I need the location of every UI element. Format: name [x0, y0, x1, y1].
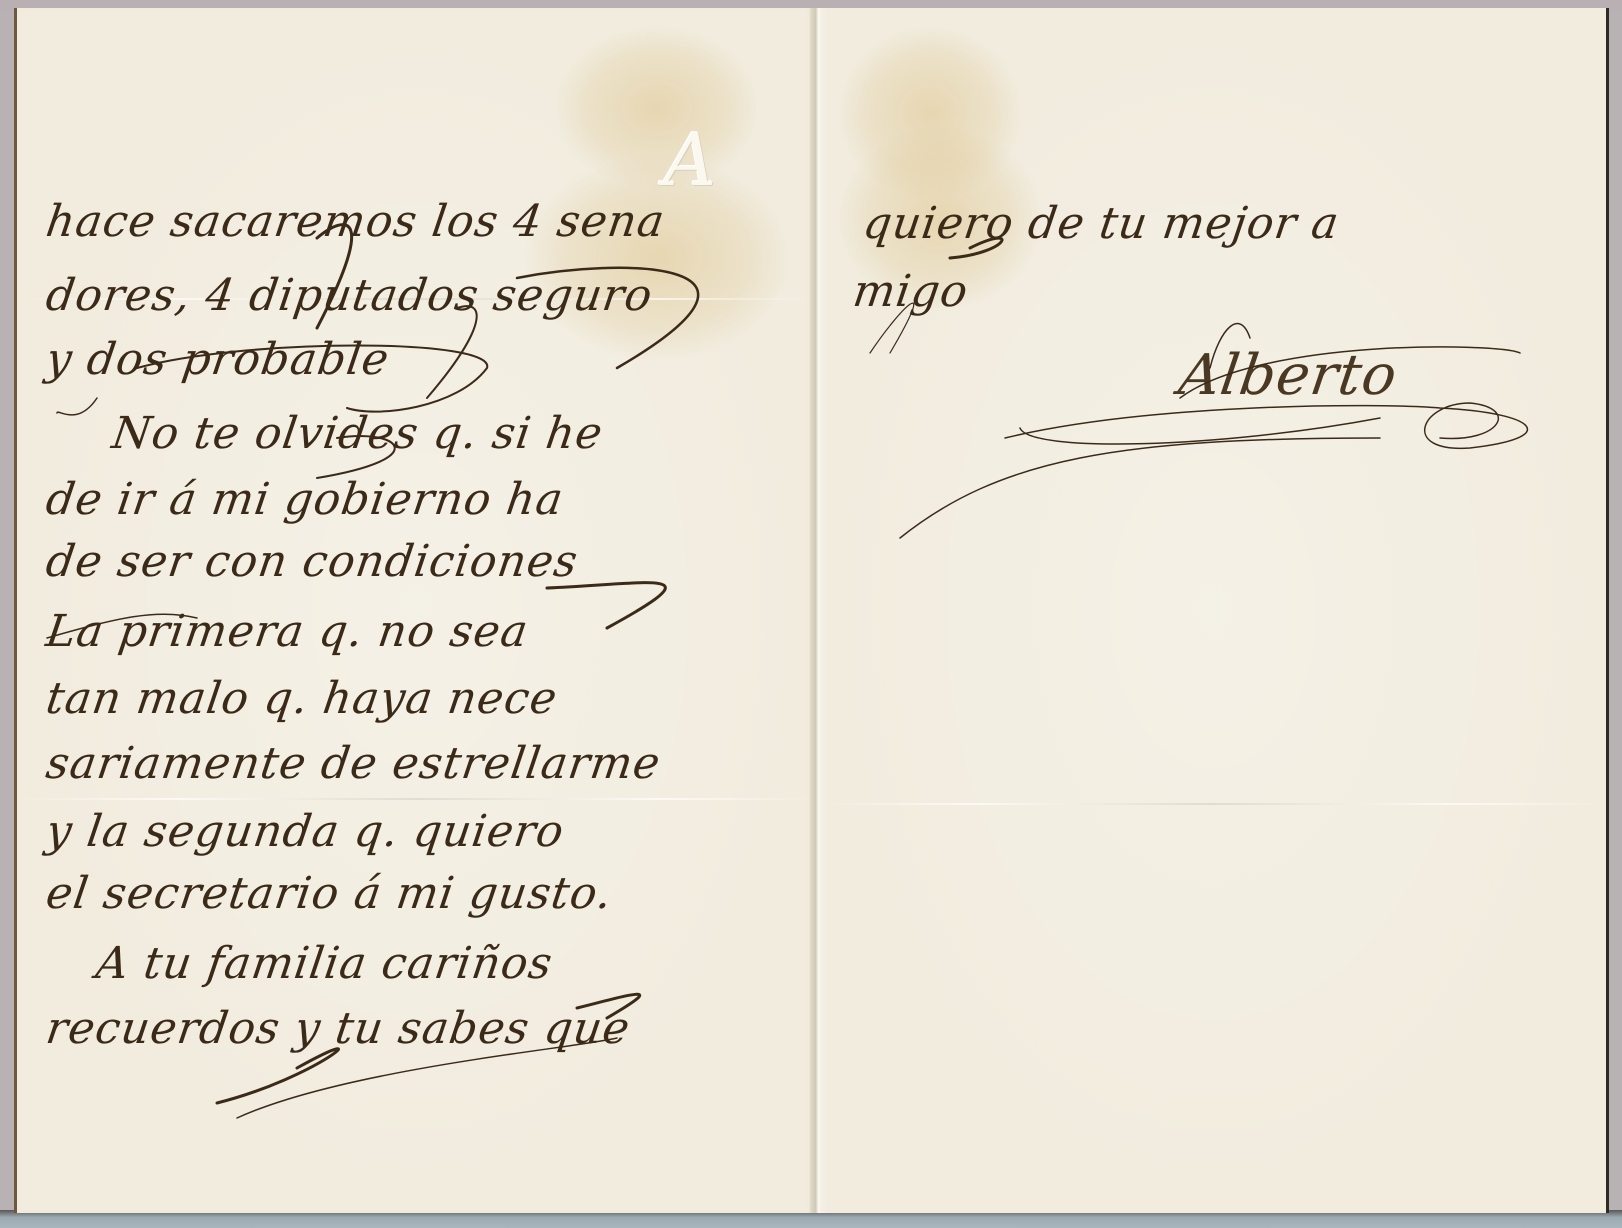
fold-crease — [17, 798, 817, 800]
letter-line: y la segunda q. quiero — [43, 806, 567, 857]
embossed-monogram: A — [645, 118, 735, 203]
letter-line: migo — [850, 266, 972, 317]
signature: Alberto — [1175, 343, 1401, 408]
fold-crease — [820, 803, 1606, 805]
letter-line: A tu familia cariños — [93, 938, 556, 989]
left-page: A hace sacaremos los 4 sena dores, 4 dip… — [14, 8, 817, 1213]
letter-line: y dos probable — [43, 334, 393, 385]
letter-line: sariamente de estrellarme — [43, 738, 664, 789]
letter-line: La primera q. no sea — [43, 606, 532, 657]
letter-line: el secretario á mi gusto. — [43, 868, 616, 919]
letter-line: No te olvides q. si he — [109, 408, 606, 459]
letter-line: de ser con condiciones — [43, 536, 581, 587]
right-page: quiero de tu mejor a migo Alberto — [820, 8, 1609, 1213]
letter-line: de ir á mi gobierno ha — [43, 474, 567, 525]
letter-line: hace sacaremos los 4 sena — [43, 196, 668, 247]
letter-line: quiero de tu mejor a — [860, 198, 1343, 249]
letter-line: tan malo q. haya nece — [43, 673, 561, 724]
letter-line: recuerdos y tu sabes que — [43, 1003, 633, 1054]
letter-line: dores, 4 diputados seguro — [43, 270, 656, 321]
letter-spread: A hace sacaremos los 4 sena dores, 4 dip… — [14, 8, 1606, 1213]
